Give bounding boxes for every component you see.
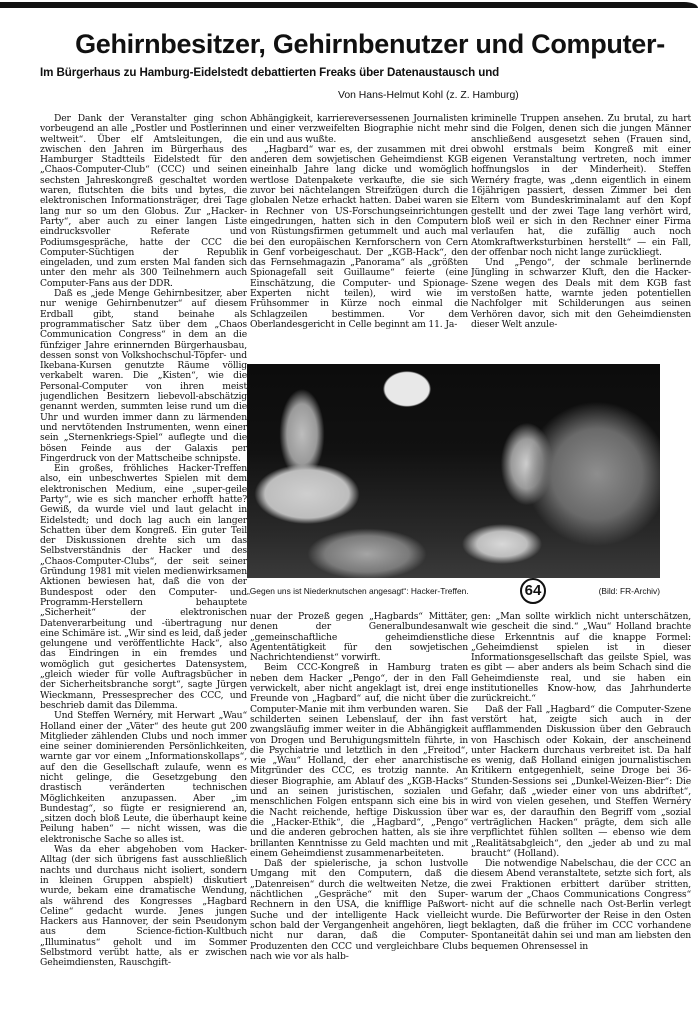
paragraph: Daß es „jede Menge Gehirnbesitzer, aber … xyxy=(40,289,247,464)
column-3-top: kriminelle Truppen ansehen. Zu brutal, z… xyxy=(471,114,691,360)
paragraph: gen: „Man sollte wirklich nicht untersch… xyxy=(471,612,691,705)
paragraph: Abhängigkeit, karriereversessenen Journa… xyxy=(250,114,468,145)
paragraph: Daß der spielerische, ja schon lustvolle… xyxy=(250,859,468,962)
paragraph: kriminelle Truppen ansehen. Zu brutal, z… xyxy=(471,114,691,258)
column-3-bottom: gen: „Man sollte wirklich nicht untersch… xyxy=(471,612,691,1012)
headline: Gehirnbesitzer, Gehirnbenutzer und Compu… xyxy=(0,29,700,60)
photo-caption-bar: „Gegen uns ist Niederknutschen angesagt“… xyxy=(247,584,660,598)
paragraph: Ein großes, fröhliches Hacker-Treffen al… xyxy=(40,464,247,711)
paragraph: Daß der Fall „Hagbard“ die Computer-Szen… xyxy=(471,705,691,859)
column-2-bottom: nuar der Prozeß gegen „Hagbards“ Mittäte… xyxy=(250,612,468,1012)
photo-credit: (Bild: FR-Archiv) xyxy=(599,586,660,596)
paragraph: nuar der Prozeß gegen „Hagbards“ Mittäte… xyxy=(250,612,468,663)
byline: Von Hans-Helmut Kohl (z. Z. Hamburg) xyxy=(338,90,519,101)
paragraph: Der Dank der Veranstalter ging schon vor… xyxy=(40,114,247,289)
paragraph: Und „Pengo“, der schmale berlinernde Jün… xyxy=(471,258,691,330)
top-rule xyxy=(0,2,698,8)
paragraph: Und Steffen Wernéry, mit Herwart „Wau“ H… xyxy=(40,711,247,845)
subheadline: Im Bürgerhaus zu Hamburg-Eidelstedt deba… xyxy=(40,66,499,79)
hacker-meeting-photo xyxy=(247,364,660,578)
paragraph: Beim CCC-Kongreß in Hamburg traten neben… xyxy=(250,663,468,859)
handwritten-page-number: 64 xyxy=(520,578,546,604)
paragraph: „Hagbard“ war es, der zusammen mit drei … xyxy=(250,145,468,330)
column-1: Der Dank der Veranstalter ging schon vor… xyxy=(40,114,247,1019)
photo-caption: „Gegen uns ist Niederknutschen angesagt“… xyxy=(247,586,469,596)
paragraph: Was da eher abgehoben vom Hacker-Alltag … xyxy=(40,845,247,969)
column-2-top: Abhängigkeit, karriereversessenen Journa… xyxy=(250,114,468,360)
paragraph: Die notwendige Nabelschau, die der CCC a… xyxy=(471,859,691,952)
